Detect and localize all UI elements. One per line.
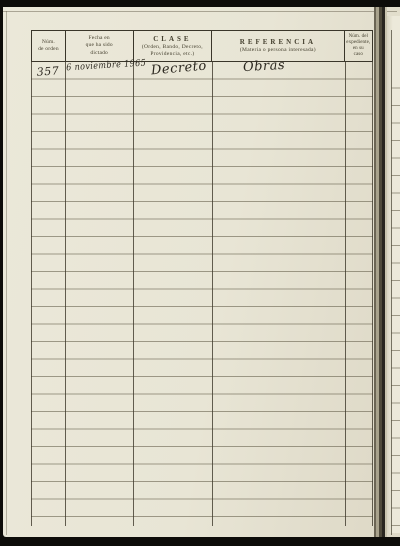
page-left-edge bbox=[6, 11, 7, 535]
page-top-edge bbox=[3, 11, 397, 12]
header-subtitle: (Orden, Bando, Decreto, bbox=[142, 44, 203, 51]
column-header-fecha: Fecha en que ha sido dictado bbox=[66, 31, 134, 61]
column-header-referencia: REFERENCIA (Materia o persona interesada… bbox=[212, 31, 344, 61]
header-label: Núm. bbox=[42, 39, 55, 46]
header-subtitle: Providencia, etc.) bbox=[150, 51, 194, 58]
column-rule bbox=[133, 62, 134, 526]
column-rule bbox=[212, 62, 213, 526]
book-gutter bbox=[374, 7, 387, 537]
header-label: Fecha en bbox=[89, 35, 110, 42]
next-page-row-lines bbox=[391, 71, 400, 533]
scanned-ledger-screenshot: { "table": { "headers": { "num": { "line… bbox=[0, 0, 400, 546]
entry-number-handwriting: 357 bbox=[35, 64, 62, 79]
table-header-row: Núm. de orden Fecha en que ha sido dicta… bbox=[31, 30, 373, 62]
header-label: que ha sido bbox=[86, 42, 113, 49]
entry-reference-handwriting: Obras bbox=[243, 58, 286, 75]
ledger-row-lines bbox=[31, 62, 373, 517]
header-subtitle: (Materia o persona interesada) bbox=[240, 47, 316, 54]
column-rule bbox=[345, 62, 346, 526]
column-header-expediente: Núm. del expediente, en su caso bbox=[345, 31, 372, 61]
header-title: REFERENCIA bbox=[240, 38, 316, 47]
header-label: dictado bbox=[90, 50, 108, 57]
header-label: de orden bbox=[38, 46, 59, 53]
header-label: caso bbox=[354, 52, 363, 58]
column-rule bbox=[372, 62, 373, 526]
column-header-clase: CLASE (Orden, Bando, Decreto, Providenci… bbox=[134, 31, 213, 61]
next-page-edge bbox=[387, 16, 400, 533]
header-title: CLASE bbox=[153, 35, 191, 44]
column-rule bbox=[31, 62, 32, 526]
column-rule bbox=[65, 62, 66, 526]
column-header-num-orden: Núm. de orden bbox=[32, 31, 66, 61]
